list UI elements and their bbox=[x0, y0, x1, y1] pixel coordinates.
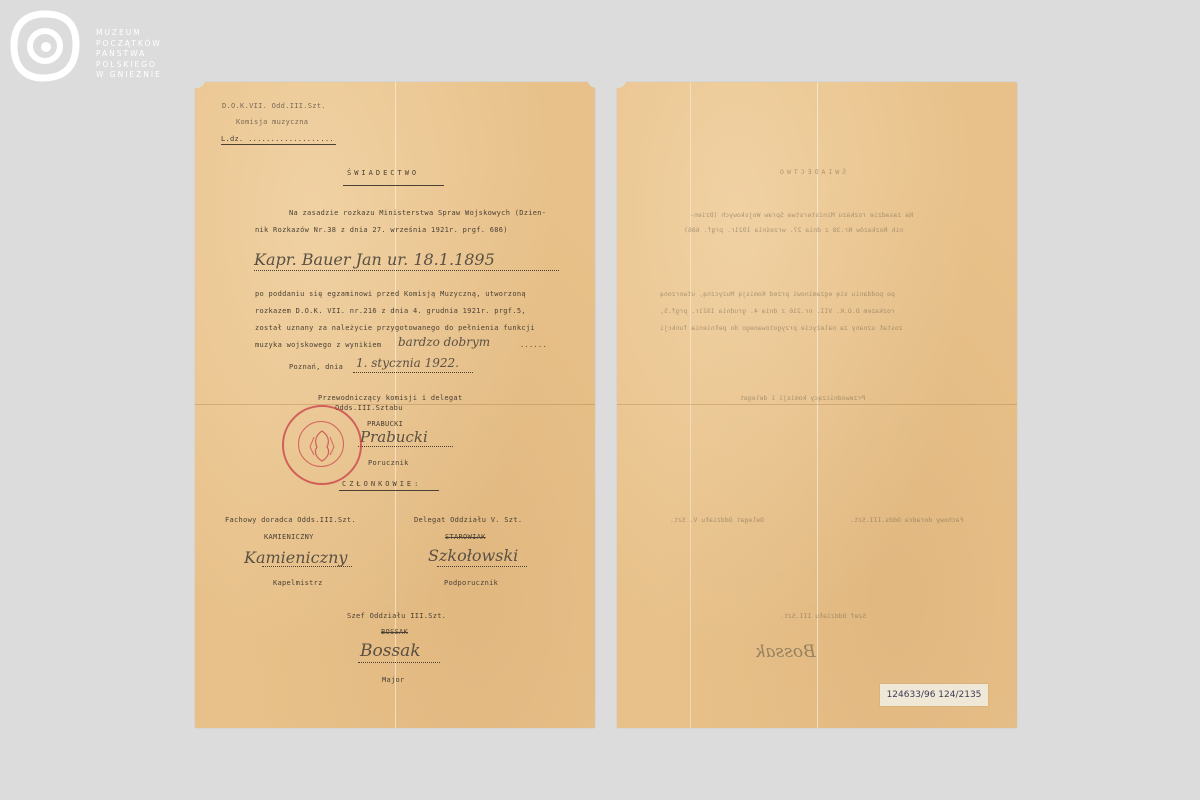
torn-corner bbox=[191, 78, 205, 88]
bleed-through-text: został uznany za należycie przygotowaneg… bbox=[660, 324, 903, 332]
document-title: ŚWIADECTWO bbox=[347, 169, 419, 177]
fold-line bbox=[817, 82, 818, 728]
member-left-signature: Kamieniczny bbox=[244, 548, 347, 567]
dotted-line bbox=[262, 566, 352, 567]
member-left-name: KAMIENICZNY bbox=[264, 533, 314, 541]
handwritten-date: 1. stycznia 1922. bbox=[356, 356, 459, 370]
dotted-line bbox=[358, 446, 453, 447]
chairman-rank: Porucznik bbox=[368, 459, 409, 467]
member-right-name: STAROWIAK bbox=[445, 533, 486, 541]
handwritten-name: Kapr. Bauer Jan ur. 18.1.1895 bbox=[254, 250, 495, 269]
chairman-signature: Prabucki bbox=[360, 428, 428, 446]
body-line-3: został uznany za należycie przygotowaneg… bbox=[255, 324, 535, 332]
torn-corner bbox=[613, 78, 627, 88]
body-line-2: rozkazem D.O.K. VII. nr.216 z dnia 4. gr… bbox=[255, 307, 526, 315]
official-stamp bbox=[282, 405, 362, 485]
inventory-label: 124633/96 124/2135 bbox=[880, 684, 988, 706]
bleed-through-text: Przewodniczący komisji i delegat bbox=[740, 394, 865, 402]
museum-name-line: W GNIEŹNIE bbox=[96, 70, 162, 81]
member-right-rank: Podporucznik bbox=[444, 579, 498, 587]
bleed-through-title: ŚWIADECTWO bbox=[777, 168, 846, 176]
fold-line bbox=[617, 404, 1017, 405]
bleed-through-text: rozkazem D.O.K. VII. nr.216 z dnia 4. gr… bbox=[660, 307, 895, 315]
underline bbox=[221, 144, 336, 145]
header-reference: L.dz. ................... bbox=[221, 135, 334, 143]
header-unit: D.O.K.VII. Odd.III.Szt. bbox=[222, 102, 326, 110]
chairman-title: Przewodniczący komisji i delegat bbox=[318, 394, 462, 402]
chief-rank: Major bbox=[382, 676, 405, 684]
dotted-line bbox=[437, 566, 527, 567]
chairman-name: PRABUCKI bbox=[367, 420, 403, 428]
museum-logo: MUZEUM POCZĄTKÓW PAŃSTWA POLSKIEGO W GNI… bbox=[10, 10, 170, 85]
body-dots: ...... bbox=[520, 341, 547, 349]
museum-name-line: POCZĄTKÓW bbox=[96, 39, 162, 50]
handwritten-result: bardzo dobrym bbox=[398, 335, 490, 349]
body-line-4: muzyka wojskowego z wynikiem bbox=[255, 341, 381, 349]
dotted-line bbox=[353, 372, 473, 373]
member-right-title: Delegat Oddziału V. Szt. bbox=[414, 516, 522, 524]
bleed-through-signature: Bossak bbox=[755, 642, 816, 662]
bleed-through-text: nik Rozkazów Nr.38 z dnia 27. września 1… bbox=[684, 226, 903, 234]
bleed-through-text: Na zasadzie rozkazu Ministerstwa Spraw W… bbox=[690, 211, 913, 219]
dotted-line bbox=[254, 270, 559, 271]
underline bbox=[339, 490, 439, 491]
member-left-title: Fachowy doradca Odds.III.Szt. bbox=[225, 516, 356, 524]
museum-name-line: MUZEUM bbox=[96, 28, 162, 39]
dotted-line bbox=[358, 662, 440, 663]
bleed-through-text: Delegat Oddziału V. Szt. bbox=[670, 516, 764, 524]
chief-name: BOSSAK bbox=[381, 628, 408, 636]
place-date-label: Poznań, dnia bbox=[289, 363, 343, 371]
museum-name-line: POLSKIEGO bbox=[96, 60, 162, 71]
member-left-rank: Kapelmistrz bbox=[273, 579, 323, 587]
intro-line-1: Na zasadzie rozkazu Ministerstwa Spraw W… bbox=[289, 209, 546, 217]
chief-title: Szef Oddziału III.Szt. bbox=[347, 612, 446, 620]
bleed-through-text: po poddaniu się egzaminowi przed Komisją… bbox=[660, 290, 895, 298]
title-underline bbox=[343, 185, 444, 186]
eagle-icon bbox=[284, 407, 360, 483]
fold-line bbox=[690, 82, 691, 728]
torn-corner bbox=[587, 78, 601, 88]
bleed-through-text: Fachowy doradca Odds.III.Szt. bbox=[850, 516, 964, 524]
document-back-page bbox=[617, 82, 1017, 728]
museum-name: MUZEUM POCZĄTKÓW PAŃSTWA POLSKIEGO W GNI… bbox=[96, 28, 162, 81]
members-heading: CZŁONKOWIE: bbox=[342, 480, 421, 488]
spiral-icon bbox=[10, 10, 80, 82]
museum-name-line: PAŃSTWA bbox=[96, 49, 162, 60]
header-commission: Komisja muzyczna bbox=[236, 118, 308, 126]
member-right-signature: Szkołowski bbox=[428, 546, 518, 565]
intro-line-2: nik Rozkazów Nr.38 z dnia 27. września 1… bbox=[255, 226, 508, 234]
body-line-1: po poddaniu się egzaminowi przed Komisją… bbox=[255, 290, 526, 298]
bleed-through-text: Szef Oddziału III.Szt. bbox=[780, 612, 866, 620]
chief-signature: Bossak bbox=[360, 641, 421, 661]
